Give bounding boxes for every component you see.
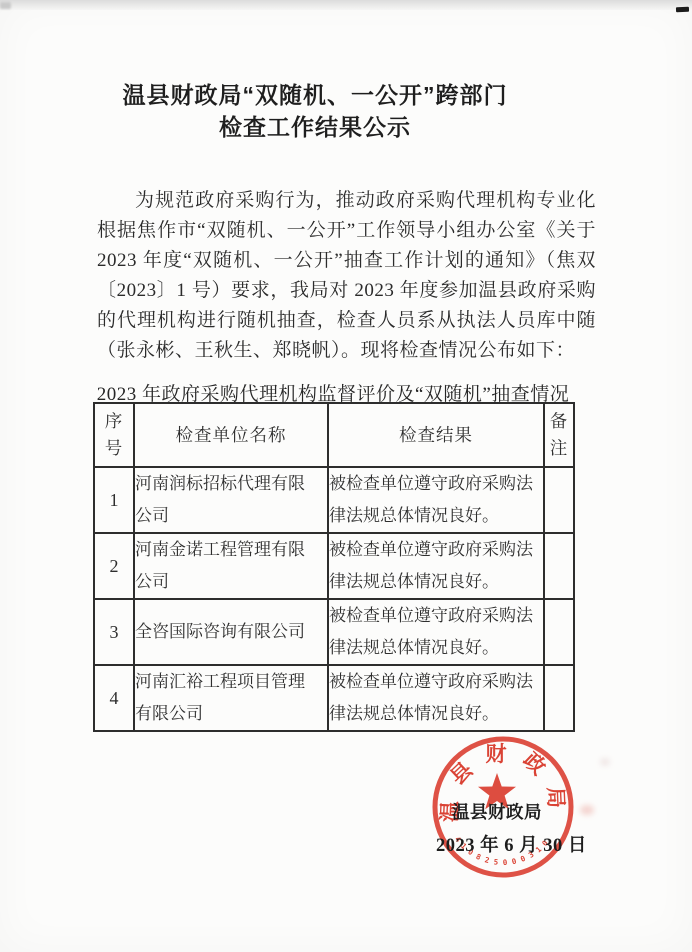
cell-result: 被检查单位遵守政府采购法 律法规总体情况良好。 xyxy=(328,665,544,731)
cell-seq-no: 1 xyxy=(94,467,134,533)
table-row: 2 河南金诺工程管理有限 公司 被检查单位遵守政府采购法 律法规总体情况良好。 xyxy=(94,533,574,599)
cell-unit-name: 河南汇裕工程项目管理 有限公司 xyxy=(134,665,328,731)
body-line: 2023 年度“双随机、一公开”抽查工作计划的通知》（焦双随办 xyxy=(97,246,596,276)
header-remark: 备 注 xyxy=(544,403,574,467)
header-result: 检查结果 xyxy=(328,403,544,467)
body-line: （张永彬、王秋生、郑晓帆）。现将检查情况公布如下： xyxy=(97,336,596,366)
header-unit-name: 检查单位名称 xyxy=(134,403,328,467)
header-seq-no: 序 号 xyxy=(94,403,134,467)
cell-unit-name: 河南润标招标代理有限 公司 xyxy=(134,467,328,533)
cell-result: 被检查单位遵守政府采购法 律法规总体情况良好。 xyxy=(328,533,544,599)
document-title-line1: 温县财政局“双随机、一公开”跨部门 xyxy=(0,79,630,111)
scan-edge-band xyxy=(0,0,692,10)
cell-seq-no: 3 xyxy=(94,599,134,665)
cell-unit-name: 全咨国际咨询有限公司 xyxy=(134,599,328,665)
inspection-results-table: 序 号 检查单位名称 检查结果 备 注 1 河南润标招标代理有限 公司 被检查单… xyxy=(93,402,575,732)
cell-seq-no: 2 xyxy=(94,533,134,599)
signature-org: 温县财政局 xyxy=(452,799,542,824)
table-row: 1 河南润标招标代理有限 公司 被检查单位遵守政府采购法 律法规总体情况良好。 xyxy=(94,467,574,533)
scan-artifact xyxy=(0,2,11,9)
table-row: 4 河南汇裕工程项目管理 有限公司 被检查单位遵守政府采购法 律法规总体情况良好… xyxy=(94,665,574,731)
table-header-row: 序 号 检查单位名称 检查结果 备 注 xyxy=(94,403,574,467)
cell-remark xyxy=(544,665,574,731)
body-line: 〔2023〕1 号）要求，我局对 2023 年度参加温县政府采购活动 xyxy=(97,276,596,306)
cell-unit-name: 河南金诺工程管理有限 公司 xyxy=(134,533,328,599)
body-paragraph: 为规范政府采购行为，推动政府采购代理机构专业化发展， 根据焦作市“双随机、一公开… xyxy=(97,186,596,366)
cell-result: 被检查单位遵守政府采购法 律法规总体情况良好。 xyxy=(328,467,544,533)
body-line: 根据焦作市“双随机、一公开”工作领导小组办公室《关于报送 xyxy=(97,216,596,246)
scan-artifact xyxy=(580,805,594,815)
body-line: 的代理机构进行随机抽查，检查人员系从执法人员库中随机抽取 xyxy=(97,306,596,336)
cell-seq-no: 4 xyxy=(94,665,134,731)
table-row: 3 全咨国际咨询有限公司 被检查单位遵守政府采购法 律法规总体情况良好。 xyxy=(94,599,574,665)
cell-remark xyxy=(544,533,574,599)
scanned-document-page: 温县财政局“双随机、一公开”跨部门 检查工作结果公示 为规范政府采购行为，推动政… xyxy=(0,0,692,952)
cell-remark xyxy=(544,467,574,533)
body-line: 为规范政府采购行为，推动政府采购代理机构专业化发展， xyxy=(97,186,596,216)
document-title: 温县财政局“双随机、一公开”跨部门 检查工作结果公示 xyxy=(0,79,630,143)
scan-artifact xyxy=(600,758,610,766)
scan-artifact xyxy=(676,7,689,12)
cell-result: 被检查单位遵守政府采购法 律法规总体情况良好。 xyxy=(328,599,544,665)
cell-remark xyxy=(544,599,574,665)
document-title-line2: 检查工作结果公示 xyxy=(0,111,630,143)
signature-date: 2023 年 6 月 30 日 xyxy=(436,831,587,857)
